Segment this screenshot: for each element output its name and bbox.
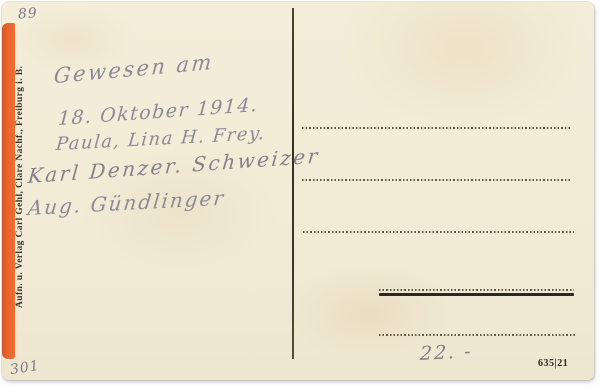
postcard-scan: Aufn. u. Verlag Carl Gehl, Clare Nachf.,… [0,0,600,388]
series-number: 635|21 [538,358,568,369]
address-line-3 [303,231,574,233]
price-note: 22. - [419,340,473,365]
handwriting-line-5: Aug. Gündlinger [27,186,227,220]
handwriting-line-1: Gewesen am [53,50,215,88]
signature-solid-line [379,293,574,296]
bottom-dashed-line [379,334,575,336]
divider-line [292,8,294,359]
address-line-2 [302,179,572,181]
postcard-back: Aufn. u. Verlag Carl Gehl, Clare Nachf.,… [2,2,594,380]
orange-front-edge [2,23,15,359]
catalog-number-top-left: 89 [17,5,38,22]
address-line-1 [302,127,572,129]
signature-dashed-line [379,289,574,291]
